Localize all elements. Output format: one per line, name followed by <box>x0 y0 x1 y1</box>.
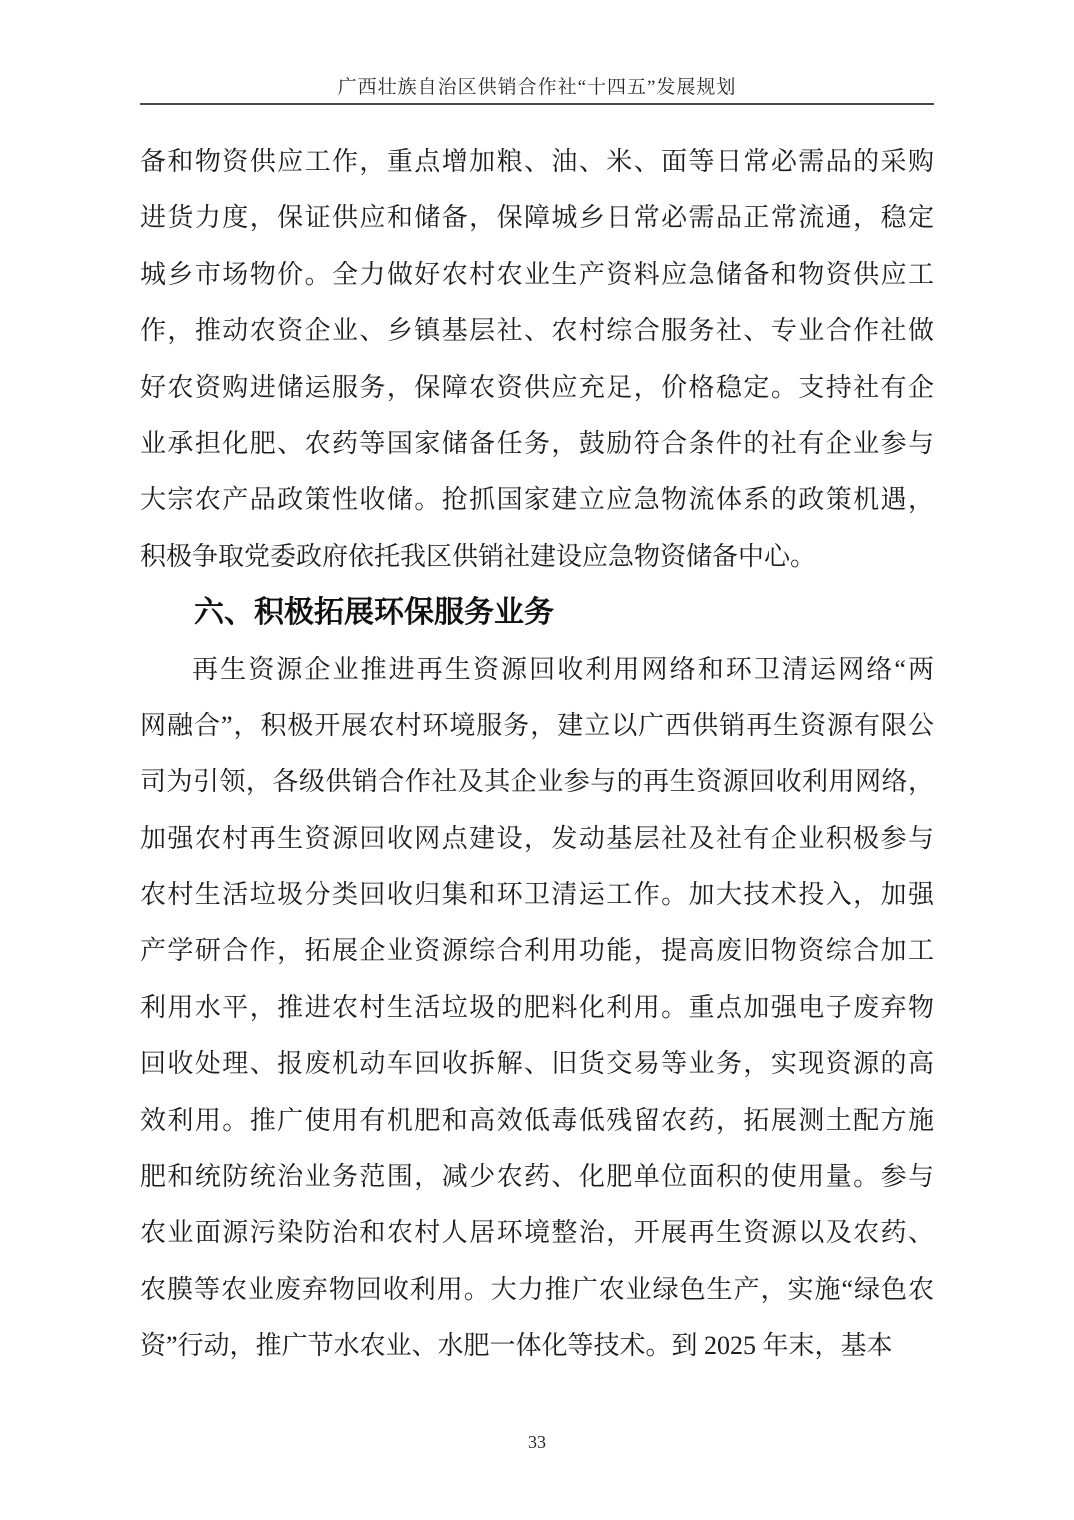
text-line: 效利用。推广使用有机肥和高效低毒低残留农药，拓展测土配方施 <box>140 1093 934 1149</box>
text-line: 积极争取党委政府依托我区供销社建设应急物资储备中心。 <box>140 529 934 585</box>
text-line: 农膜等农业废弃物回收利用。大力推广农业绿色生产，实施“绿色农 <box>140 1262 934 1318</box>
paragraph: 备和物资供应工作，重点增加粮、油、米、面等日常必需品的采购进货力度，保证供应和储… <box>140 134 934 585</box>
text-line: 利用水平，推进农村生活垃圾的肥料化利用。重点加强电子废弃物 <box>140 980 934 1036</box>
text-line: 肥和统防统治业务范围，减少农药、化肥单位面积的使用量。参与 <box>140 1149 934 1205</box>
text-line: 农村生活垃圾分类回收归集和环卫清运工作。加大技术投入，加强 <box>140 867 934 923</box>
text-line: 大宗农产品政策性收储。抢抓国家建立应急物流体系的政策机遇， <box>140 472 934 528</box>
document-page: 广西壮族自治区供销合作社“十四五”发展规划 备和物资供应工作，重点增加粮、油、米… <box>0 0 1074 1520</box>
text-line: 产学研合作，拓展企业资源综合利用功能，提高废旧物资综合加工 <box>140 923 934 979</box>
text-line: 农业面源污染防治和农村人居环境整治，开展再生资源以及农药、 <box>140 1205 934 1261</box>
text-line: 好农资购进储运服务，保障农资供应充足，价格稳定。支持社有企 <box>140 360 934 416</box>
section-heading: 六、积极拓展环保服务业务 <box>140 585 934 641</box>
paragraph: 再生资源企业推进再生资源回收利用网络和环卫清运网络“两网融合”，积极开展农村环境… <box>140 642 934 1375</box>
text-line: 资”行动，推广节水农业、水肥一体化等技术。到 2025 年末，基本 <box>140 1318 934 1374</box>
text-line: 进货力度，保证供应和储备，保障城乡日常必需品正常流通，稳定 <box>140 190 934 246</box>
text-line: 备和物资供应工作，重点增加粮、油、米、面等日常必需品的采购 <box>140 134 934 190</box>
text-line: 加强农村再生资源回收网点建设，发动基层社及社有企业积极参与 <box>140 811 934 867</box>
page-number: 33 <box>528 1432 546 1452</box>
text-line: 作，推动农资企业、乡镇基层社、农村综合服务社、专业合作社做 <box>140 303 934 359</box>
document-body: 备和物资供应工作，重点增加粮、油、米、面等日常必需品的采购进货力度，保证供应和储… <box>140 134 934 1375</box>
header-title: 广西壮族自治区供销合作社“十四五”发展规划 <box>0 72 1074 99</box>
text-line: 网融合”，积极开展农村环境服务，建立以广西供销再生资源有限公 <box>140 698 934 754</box>
text-line: 回收处理、报废机动车回收拆解、旧货交易等业务，实现资源的高 <box>140 1036 934 1092</box>
header-rule <box>140 103 934 105</box>
page-footer: 33 <box>0 1432 1074 1453</box>
text-line: 城乡市场物价。全力做好农村农业生产资料应急储备和物资供应工 <box>140 247 934 303</box>
text-line: 再生资源企业推进再生资源回收利用网络和环卫清运网络“两 <box>140 642 934 698</box>
text-line: 业承担化肥、农药等国家储备任务，鼓励符合条件的社有企业参与 <box>140 416 934 472</box>
text-line: 司为引领，各级供销合作社及其企业参与的再生资源回收利用网络， <box>140 754 934 810</box>
